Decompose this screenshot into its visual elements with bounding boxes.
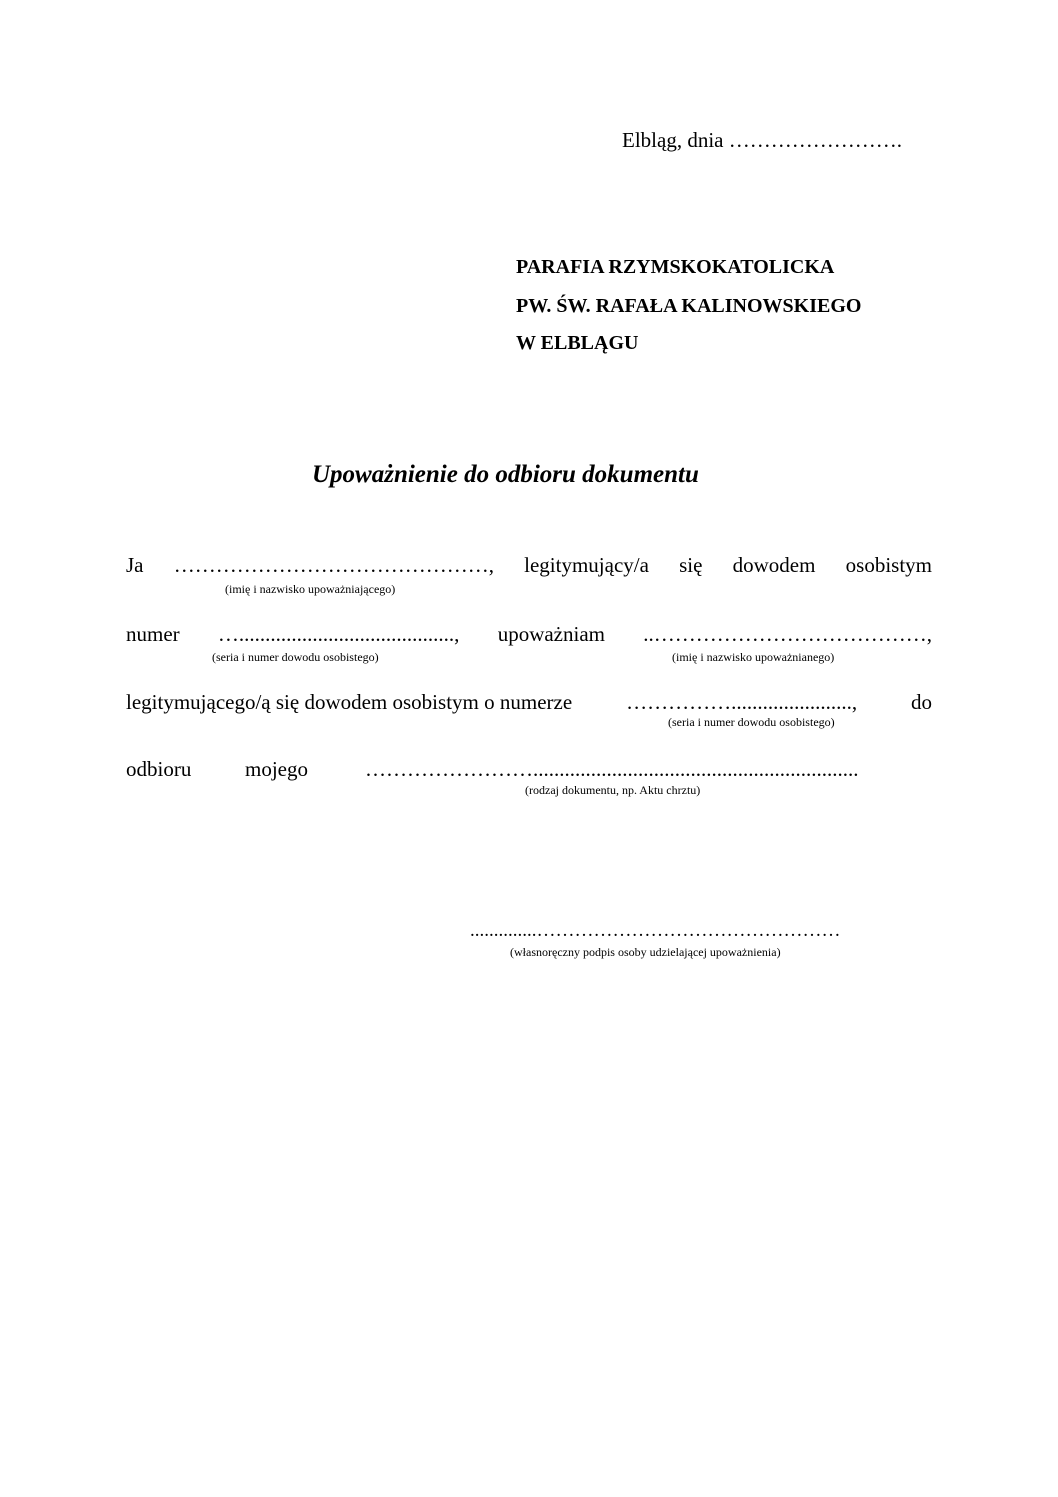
word: się xyxy=(679,553,702,578)
field-document-type[interactable]: ……………………................................… xyxy=(365,757,932,782)
word: mojego xyxy=(245,757,308,782)
body-line-2: numer ….................................… xyxy=(126,622,932,647)
word: osobistym xyxy=(846,553,932,578)
recipient-line-2: PW. ŚW. RAFAŁA KALINOWSKIEGO xyxy=(516,295,861,318)
signature-caption: (własnoręczny podpis osoby udzielającej … xyxy=(510,945,781,960)
caption-authorized-id: (seria i numer dowodu osobistego) xyxy=(668,715,835,730)
field-authorizer-id[interactable]: ….......................................… xyxy=(218,622,460,647)
word: dowodem xyxy=(733,553,816,578)
caption-authorizer-name: (imię i nazwisko upoważniającego) xyxy=(225,582,395,597)
field-authorized-id[interactable]: ……………......................., xyxy=(626,690,857,715)
field-authorizer-name[interactable]: ………………………………………, xyxy=(174,553,494,578)
caption-authorized-name: (imię i nazwisko upoważnianego) xyxy=(672,650,834,665)
signature-field[interactable]: ..............………………………………………… xyxy=(470,920,890,942)
recipient-line-1: PARAFIA RZYMSKOKATOLICKA xyxy=(516,256,834,279)
document-title: Upoważnienie do odbioru dokumentu xyxy=(312,461,699,489)
body-line-1: Ja ………………………………………, legitymujący/a się d… xyxy=(126,553,932,578)
body-line-3: legitymującego/ą się dowodem osobistym o… xyxy=(126,690,932,715)
caption-authorizer-id: (seria i numer dowodu osobistego) xyxy=(212,650,379,665)
word: numer xyxy=(126,622,180,647)
word: odbioru xyxy=(126,757,191,782)
word: do xyxy=(911,690,932,715)
date-line: Elbląg, dnia ……………………. xyxy=(622,128,902,153)
recipient-line-3: W ELBLĄGU xyxy=(516,332,638,355)
text: legitymującego/ą się dowodem osobistym o… xyxy=(126,690,572,715)
caption-document-type: (rodzaj dokumentu, np. Aktu chrztu) xyxy=(525,783,700,798)
word: legitymujący/a xyxy=(524,553,649,578)
word-ja: Ja xyxy=(126,553,144,578)
field-authorized-name[interactable]: ..…………………………………, xyxy=(643,622,932,647)
word: upoważniam xyxy=(498,622,605,647)
